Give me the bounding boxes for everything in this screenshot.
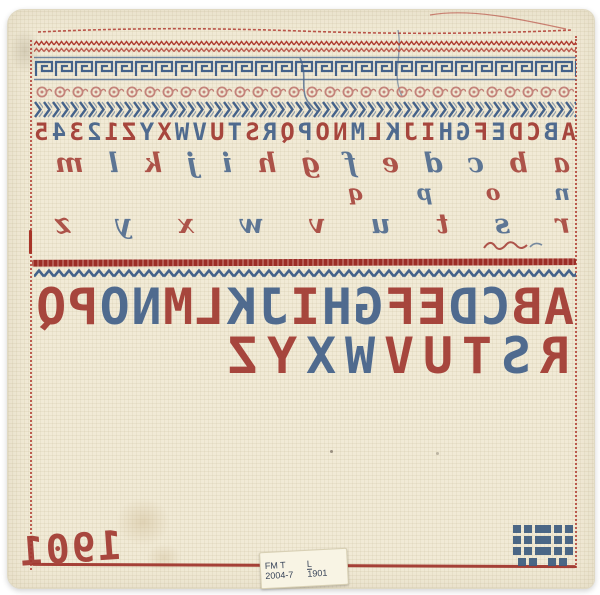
stitched-letter: W [175,120,189,144]
stitched-letter: F [385,282,415,332]
stitched-letter: n [554,182,570,204]
stitched-letter: t [436,211,448,238]
stitched-letter: R [263,120,277,144]
stitched-letter: I [421,120,435,144]
red-divider-band [32,258,576,266]
stitched-letter: H [322,282,352,332]
stitched-letter: Y [140,120,154,144]
stitched-letter: X [157,120,171,144]
stitched-letter: Z [122,120,136,144]
stitched-letter: E [417,282,447,332]
stitched-letter: B [544,120,558,144]
stitched-letter: c [467,150,483,177]
stitched-letter: A [562,120,576,144]
small-alphabet-row: ABCDEFGHIJKLMNOPQRSTUVWXYZ12345 [34,118,576,144]
stitched-letter: M [351,120,365,144]
stitched-letter: 4 [52,120,66,144]
left-margin-red-mark [29,230,32,254]
stitched-letter: N [333,120,347,144]
stitched-letter: K [227,282,257,332]
stitched-letter: V [384,331,414,381]
stitched-letter: D [509,120,523,144]
stitched-letter: x [178,211,194,238]
stitched-letter: l [108,150,118,177]
stitched-letter: r [556,211,570,238]
stitched-letter: s [495,211,510,238]
stitched-letter: Z [228,331,258,381]
stitched-letter: f [345,150,357,177]
big-alphabet-row-1: ABCDEFGHIJKLMNOPQ [36,282,574,332]
stitched-letter: U [210,120,224,144]
stitched-letter: j [187,150,197,177]
scroll-band [34,84,576,99]
stitched-letter: T [228,120,242,144]
stitched-letter: u [371,211,391,238]
stitched-letter: K [386,120,400,144]
stitched-letter: 3 [69,120,83,144]
stitched-letter: U [423,331,453,381]
red-zigzag-band [34,40,576,54]
stitched-letter: S [245,120,259,144]
stitched-letter: J [258,282,288,332]
stitched-letter: P [68,282,98,332]
stitched-letter: N [131,282,161,332]
stitched-letter: 2 [87,120,101,144]
label-accession-number: 2004-7 [265,568,308,580]
stitched-letter: Q [280,120,294,144]
stitched-letter: k [144,150,163,177]
stitched-letter: 5 [34,120,48,144]
stitched-letter: 1 [105,120,119,144]
stitched-letter: I [290,282,320,332]
stitched-letter: a [553,150,571,177]
greek-key-band [34,55,576,82]
stitched-letter: S [501,331,531,381]
stitched-letter: b [509,150,528,177]
stitched-letter: h [257,150,277,177]
stitched-letter: C [480,282,510,332]
stitched-letter: p [417,182,432,204]
stitched-letter: v [309,211,325,238]
stitched-letter: P [298,120,312,144]
left-border-stitch [30,40,32,570]
stitched-letter: F [474,120,488,144]
stitched-letter: M [163,282,193,332]
stitched-letter: L [368,120,382,144]
stitched-letter: m [55,150,84,177]
stitched-letter: B [512,282,542,332]
stitched-letter: T [462,331,492,381]
stitched-letter: W [345,331,375,381]
stitched-letter: O [100,282,130,332]
stitched-letter: C [526,120,540,144]
stitched-letter: Y [267,331,297,381]
stitched-letter: E [491,120,505,144]
stitched-letter: J [403,120,417,144]
stitched-letter: w [240,211,263,238]
stitched-letter: o [486,182,501,204]
stitched-letter: O [315,120,329,144]
big-alphabet-row-2: RSTUVWXYZ [228,333,570,381]
museum-label: FM T L 2004-7 1901 [259,548,349,590]
fabric-speck [436,452,439,455]
stitched-letter: G [353,282,383,332]
stitched-letter: Q [36,282,66,332]
stitched-letter: X [306,331,336,381]
stitched-letter: L [195,282,225,332]
stitched-letter: z [55,211,70,238]
stitched-letter: A [544,282,574,332]
label-year: 1901 [307,566,343,578]
stitched-letter: i [222,150,232,177]
stitched-letter: d [424,150,443,177]
fabric-speck [330,450,333,453]
stitched-letter: G [456,120,470,144]
stitched-letter: y [116,211,132,238]
embroidered-date-1901: 1901 [25,523,124,576]
chevron-band [34,100,576,119]
script-alphabet-row-1: abcdefghijklm [55,143,570,177]
stitched-letter: H [439,120,453,144]
stitched-letter: D [449,282,479,332]
stitched-letter: g [301,150,320,177]
stitched-letter: q [348,182,363,204]
sampler-photo: ABCDEFGHIJKLMNOPQRSTUVWXYZ12345 abcdefgh… [0,0,600,595]
stitched-letter: V [192,120,206,144]
script-alphabet-row-3: rstuvwxyz [55,202,570,238]
script-alphabet-row-2: nopq [348,176,570,204]
stitched-letter: e [382,150,399,177]
stitched-letter: R [540,331,570,381]
